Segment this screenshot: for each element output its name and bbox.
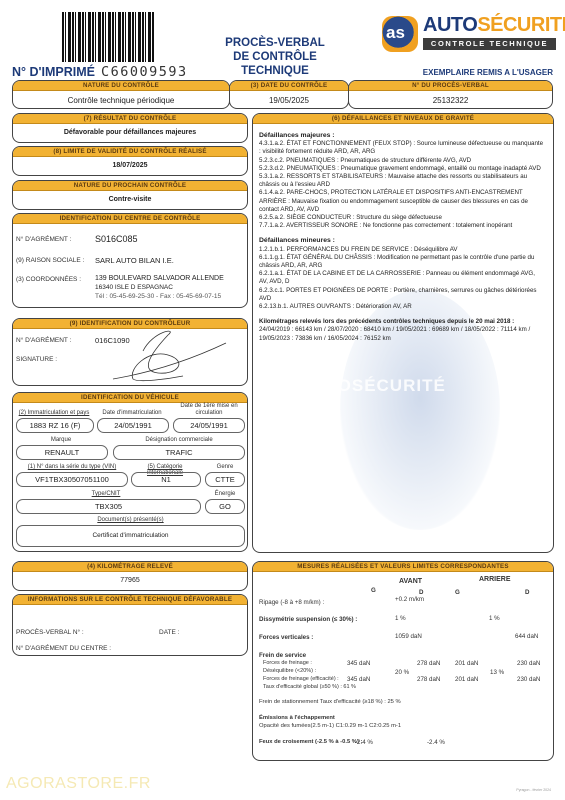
print-reference: Pyragon - février 2024: [516, 788, 551, 792]
date-mec-label: Date de 1ère mise en circulation: [173, 403, 245, 417]
centre-raison-value: SARL AUTO BILAN I.E.: [95, 256, 174, 265]
vin-label: (1) N° dans la série du type (VIN): [16, 464, 128, 470]
categorie-value: N1: [131, 472, 201, 487]
title-line-1: PROCÈS-VERBAL: [200, 36, 350, 50]
majeures-title: Défaillances majeures :: [259, 132, 545, 140]
section-header: (8) LIMITE DE VALIDITÉ DU CONTRÔLE RÉALI…: [13, 147, 247, 157]
section-header: IDENTIFICATION DU VÉHICULE: [13, 393, 247, 403]
mineures-title: Défaillances mineures :: [259, 237, 545, 245]
centre-agrement-value: S016C085: [95, 234, 138, 244]
forces-efficacite-arg: 201 daN: [455, 676, 478, 683]
num-pv-box: N° DU PROCÈS-VERBAL 25132322: [348, 80, 553, 109]
feux-croisement-label: Feux de croisement (-2.5 % à -0.5 %) :: [259, 739, 362, 745]
defect-item: 6.2.13.b.1. AUTRES OUVRANTS : Détériorat…: [259, 303, 545, 311]
opacite-value: Opacité des fumées(2.5 m-1) C1:0.29 m-1 …: [259, 723, 401, 729]
defavorable-agrement-label: N° D'AGRÉMENT DU CENTRE :: [16, 645, 111, 652]
autosecurite-logo: as AUTOSÉCURITÉ CONTROLE TECHNIQUE: [382, 14, 557, 54]
energie-value: GO: [205, 499, 245, 514]
forces-efficacite-ard: 230 daN: [517, 676, 540, 683]
document-title: PROCÈS-VERBAL DE CONTRÔLE TECHNIQUE: [200, 36, 350, 78]
frein-stationnement: Frein de stationnement Taux d'efficacité…: [259, 699, 401, 705]
defect-item: 6.1.4.a.2. PARE-CHOCS, PROTECTION LATÉRA…: [259, 189, 545, 214]
section-header: INFORMATIONS SUR LE CONTRÔLE TECHNIQUE D…: [13, 595, 247, 605]
defect-item: 4.3.1.a.2. ÉTAT ET FONCTIONNEMENT (FEUX …: [259, 140, 545, 156]
defavorable-pv-label: PROCÈS-VERBAL N° :: [16, 629, 84, 636]
desequilibre-avant: 20 %: [395, 669, 409, 676]
type-value: TBX305: [16, 499, 201, 514]
limite-value: 18/07/2025: [13, 157, 247, 169]
km-history: Kilométrages relevés lors des précédents…: [259, 318, 545, 343]
forces-efficacite-avd: 278 daN: [417, 676, 440, 683]
prochain-box: NATURE DU PROCHAIN CONTRÔLE Contre-visit…: [12, 180, 248, 210]
section-header: N° DU PROCÈS-VERBAL: [349, 81, 552, 91]
logo-word-securite: SÉCURITÉ: [477, 14, 565, 36]
logo-word-auto: AUTO: [423, 14, 477, 36]
arriere-g: G: [455, 589, 460, 596]
forces-freinage-label: Forces de freinage :: [263, 660, 312, 666]
emissions-label: Émissions à l'échappement: [259, 715, 335, 721]
resultat-box: (7) RÉSULTAT DU CONTRÔLE Défavorable pou…: [12, 113, 248, 143]
logo-badge-text: as: [386, 23, 405, 43]
centre-coord-label: (3) COORDONNÉES :: [16, 276, 81, 283]
controleur-agrement-label: N° D'AGRÉMENT :: [16, 337, 71, 344]
signature-icon: [108, 321, 228, 385]
resultat-value: Défavorable pour défaillances majeures: [13, 124, 247, 136]
avant-g: G: [371, 587, 376, 594]
genre-value: CTTE: [205, 472, 245, 487]
marque-label: Marque: [16, 437, 106, 443]
vin-value: VF1TBX30507051100: [16, 472, 128, 487]
signature-label: SIGNATURE :: [16, 356, 57, 363]
defavorable-date-label: DATE :: [159, 629, 179, 636]
section-header: IDENTIFICATION DU CENTRE DE CONTRÔLE: [13, 214, 247, 224]
section-header: (6) DÉFAILLANCES ET NIVEAUX DE GRAVITÉ: [253, 114, 553, 124]
imprime-label: N° D'IMPRIMÉ: [12, 65, 95, 79]
forces-verticales-arriere: 644 daN: [515, 633, 538, 640]
desequilibre-arriere: 13 %: [490, 669, 504, 676]
centre-agrement-label: N° D'AGRÉMENT :: [16, 236, 71, 243]
arriere-header: ARRIERE: [479, 576, 511, 583]
km-history-values: 24/04/2019 : 66143 km / 28/07/2020 : 684…: [259, 326, 530, 341]
taux-global: Taux d'efficacité global (≥50 %) : 61 %: [263, 684, 356, 690]
defect-item: 6.2.3.c.1. PORTES ET POIGNÉES DE PORTE :…: [259, 287, 545, 303]
documents-label: Document(s) présenté(s): [16, 517, 245, 523]
prochain-value: Contre-visite: [13, 191, 247, 203]
title-line-2: DE CONTRÔLE TECHNIQUE: [200, 50, 350, 78]
vehicule-box: IDENTIFICATION DU VÉHICULE (2) Immatricu…: [12, 392, 248, 552]
forces-efficacite-avg: 345 daN: [347, 676, 370, 683]
date-controle-box: (3) DATE DU CONTRÔLE 19/05/2025: [229, 80, 349, 109]
centre-raison-label: (9) RAISON SOCIALE :: [16, 257, 84, 264]
date-controle-value: 19/05/2025: [230, 91, 348, 105]
defect-item: 6.2.5.a.2. SIÈGE CONDUCTEUR : Structure …: [259, 214, 545, 222]
documents-value: Certificat d'immatriculation: [16, 525, 245, 547]
agorastore-watermark: AGORASTORE.FR: [6, 775, 151, 793]
defect-item: 5.3.1.a.2. RESSORTS ET STABILISATEURS : …: [259, 173, 545, 189]
majeures-list: 4.3.1.a.2. ÉTAT ET FONCTIONNEMENT (FEUX …: [259, 140, 545, 230]
forces-freinage-avd: 278 daN: [417, 660, 440, 667]
avant-header: AVANT: [399, 578, 422, 585]
kilometrage-box: (4) KILOMÉTRAGE RELEVÉ 77965: [12, 561, 248, 591]
mesures-box: MESURES RÉALISÉES ET VALEURS LIMITES COR…: [252, 561, 554, 761]
ripage-value: +0.2 m/km: [395, 596, 424, 603]
mineures-list: 1.2.1.b.1. PERFORMANCES DU FREIN DE SERV…: [259, 246, 545, 312]
section-header: NATURE DU CONTRÔLE: [13, 81, 229, 91]
centre-address-2: 16340 ISLE D ESPAGNAC: [95, 284, 173, 291]
defect-item: 6.1.1.g.1. ÉTAT GÉNÉRAL DU CHÂSSIS : Mod…: [259, 254, 545, 270]
defect-item: 7.7.1.a.2. AVERTISSEUR SONORE : Ne fonct…: [259, 222, 545, 230]
designation-label: Désignation commerciale: [113, 437, 245, 443]
section-header: NATURE DU PROCHAIN CONTRÔLE: [13, 181, 247, 191]
controleur-box: (9) IDENTIFICATION DU CONTRÔLEUR N° D'AG…: [12, 318, 248, 386]
num-pv-value: 25132322: [349, 91, 552, 105]
nature-controle-value: Contrôle technique périodique: [13, 91, 229, 105]
forces-verticales-label: Forces verticales :: [259, 634, 313, 641]
energie-label: Énergie: [205, 491, 245, 497]
feux-croisement-d: -2.4 %: [427, 739, 445, 746]
forces-freinage-avg: 345 daN: [347, 660, 370, 667]
forces-verticales-avant: 1059 daN: [395, 633, 422, 640]
dissym-avant: 1 %: [395, 615, 406, 622]
km-history-title: Kilométrages relevés lors des précédents…: [259, 318, 514, 325]
defavorable-box: INFORMATIONS SUR LE CONTRÔLE TECHNIQUE D…: [12, 594, 248, 656]
arriere-d: D: [525, 589, 529, 596]
immat-value: 1883 RZ 16 (F): [16, 418, 94, 433]
logo-subtitle: CONTROLE TECHNIQUE: [423, 38, 556, 50]
section-header: (7) RÉSULTAT DU CONTRÔLE: [13, 114, 247, 124]
defaillances-content: Défaillances majeures : 4.3.1.a.2. ÉTAT …: [253, 124, 553, 343]
date-immat-label: Date d'immatriculation: [97, 410, 167, 416]
logo-wordmark: AUTOSÉCURITÉ: [423, 14, 565, 37]
marque-value: RENAULT: [16, 445, 108, 460]
date-immat-value: 24/05/1991: [97, 418, 169, 433]
defect-item: 6.2.1.a.1. ÉTAT DE LA CABINE ET DE LA CA…: [259, 270, 545, 286]
avant-d: D: [419, 589, 423, 596]
forces-efficacite-label: Forces de freinage (efficacité) :: [263, 676, 339, 682]
frein-service-label: Frein de service: [259, 652, 306, 659]
nature-controle-box: NATURE DU CONTRÔLE Contrôle technique pé…: [12, 80, 230, 109]
barcode: [62, 12, 154, 62]
section-header: MESURES RÉALISÉES ET VALEURS LIMITES COR…: [253, 562, 553, 572]
dissym-arriere: 1 %: [489, 615, 500, 622]
logo-badge-icon: as: [382, 16, 418, 52]
defect-item: 5.2.3.d.2. PNEUMATIQUES : Pneumatique gr…: [259, 165, 545, 173]
feux-croisement-g: -2.4 %: [355, 739, 373, 746]
watermark-text: AUTOSÉCURITÉ: [300, 376, 446, 396]
dissym-label: Dissymétrie suspension (≤ 30%) :: [259, 616, 357, 623]
genre-label: Genre: [205, 464, 245, 470]
section-header: (4) KILOMÉTRAGE RELEVÉ: [13, 562, 247, 572]
kilometrage-value: 77965: [13, 572, 247, 584]
centre-address-1: 139 BOULEVARD SALVADOR ALLENDE: [95, 275, 224, 282]
section-header: (3) DATE DU CONTRÔLE: [230, 81, 348, 91]
type-label: Type/CNIT: [16, 491, 196, 497]
ripage-label: Ripage (-8 à +8 m/km) :: [259, 599, 324, 606]
centre-box: IDENTIFICATION DU CENTRE DE CONTRÔLE N° …: [12, 213, 248, 308]
forces-freinage-arg: 201 daN: [455, 660, 478, 667]
centre-phone: Tél : 05-45-69-25-30 - Fax : 05-45-69-07…: [95, 293, 221, 300]
date-mec-value: 24/05/1991: [173, 418, 245, 433]
defect-item: 1.2.1.b.1. PERFORMANCES DU FREIN DE SERV…: [259, 246, 545, 254]
imprime-value: C66009593: [101, 64, 188, 80]
forces-freinage-ard: 230 daN: [517, 660, 540, 667]
imprime-number: N° D'IMPRIMÉC66009593: [12, 64, 188, 80]
designation-value: TRAFIC: [113, 445, 245, 460]
defect-item: 5.2.3.c.2. PNEUMATIQUES : Pneumatiques d…: [259, 157, 545, 165]
immat-label: (2) Immatriculation et pays: [16, 410, 92, 416]
limite-box: (8) LIMITE DE VALIDITÉ DU CONTRÔLE RÉALI…: [12, 146, 248, 176]
desequilibre-label: Déséquilibre (<20%) :: [263, 668, 316, 674]
exemplaire-label: EXEMPLAIRE REMIS A L'USAGER: [423, 68, 553, 77]
